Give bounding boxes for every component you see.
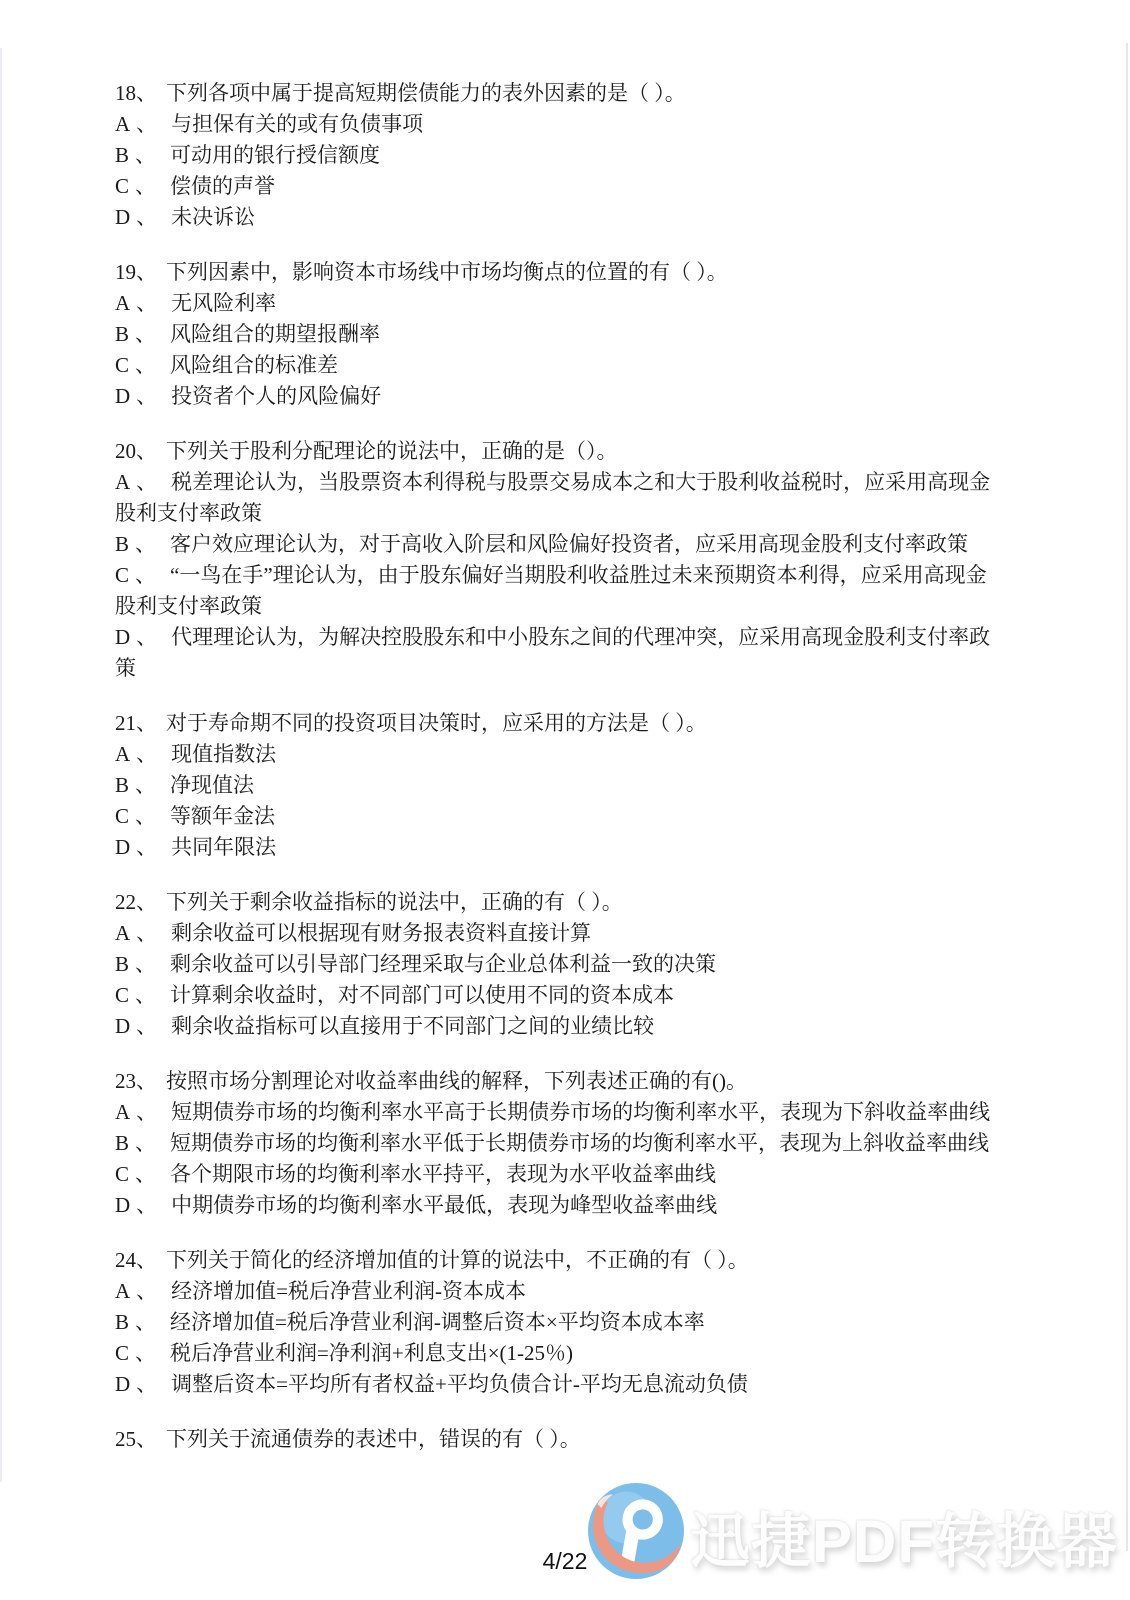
option-label: D、 [115,1014,163,1038]
option-label: B、 [115,532,162,556]
option-label: D、 [115,1372,163,1396]
option-label: C、 [115,1341,162,1365]
option-label: B、 [115,1310,162,1334]
option-label: A、 [115,742,163,766]
option-text: 短期债券市场的均衡利率水平高于长期债券市场的均衡利率水平，表现为下斜收益率曲线 [171,1100,990,1124]
option-label: C、 [115,174,162,198]
option-row: C、税后净营业利润=净利润+利息支出×(1-25％) [115,1338,1007,1369]
option-label: A、 [115,921,163,945]
option-row: A、经济增加值=税后净营业利润-资本成本 [115,1276,1007,1307]
question-list: 18、下列各项中属于提高短期偿债能力的表外因素的是（ ）。 A、与担保有关的或有… [115,78,1007,1479]
question-stem-text: 下列因素中，影响资本市场线中市场均衡点的位置的有（ ）。 [166,260,728,284]
option-text: 偿债的声誉 [170,174,275,198]
option-row: C、“一鸟在手”理论认为，由于股东偏好当期股利收益胜过未来预期资本利得，应采用高… [115,560,1007,622]
option-text: 现值指数法 [171,742,276,766]
option-row: D、代理理论认为，为解决控股股东和中小股东之间的代理冲突，应采用高现金股利支付率… [115,622,1007,684]
page-right-edge-line [1126,43,1128,1551]
option-row: B、剩余收益可以引导部门经理采取与企业总体利益一致的决策 [115,949,1007,980]
question-stem: 23、按照市场分割理论对收益率曲线的解释，下列表述正确的有()。 [115,1066,1007,1097]
option-label: C、 [115,563,162,587]
option-row: D、中期债券市场的均衡利率水平最低，表现为峰型收益率曲线 [115,1190,1007,1221]
option-text: 未决诉讼 [171,205,255,229]
option-text: 可动用的银行授信额度 [170,143,380,167]
option-row: A、与担保有关的或有负债事项 [115,109,1007,140]
option-label: B、 [115,952,162,976]
option-label: B、 [115,322,162,346]
document-page: 18、下列各项中属于提高短期偿债能力的表外因素的是（ ）。 A、与担保有关的或有… [0,0,1130,1600]
option-text: 风险组合的标准差 [170,353,338,377]
question-number: 23、 [115,1069,157,1093]
watermark-text: 迅捷PDF转换器 [690,1494,1118,1580]
question-number: 25、 [115,1427,157,1451]
question-stem-text: 下列关于剩余收益指标的说法中，正确的有（ ）。 [166,890,623,914]
question-stem-text: 下列关于股利分配理论的说法中，正确的是（）。 [166,439,618,463]
question-number: 24、 [115,1248,157,1272]
option-row: D、未决诉讼 [115,202,1007,233]
option-text: 与担保有关的或有负债事项 [171,112,423,136]
option-label: C、 [115,1162,162,1186]
option-row: D、投资者个人的风险偏好 [115,381,1007,412]
question-number: 22、 [115,890,157,914]
option-row: C、各个期限市场的均衡利率水平持平，表现为水平收益率曲线 [115,1159,1007,1190]
option-label: C、 [115,353,162,377]
option-label: A、 [115,1100,163,1124]
option-text: 各个期限市场的均衡利率水平持平，表现为水平收益率曲线 [170,1162,716,1186]
option-row: D、共同年限法 [115,832,1007,863]
option-label: B、 [115,1131,162,1155]
option-row: A、无风险利率 [115,288,1007,319]
option-text: 短期债券市场的均衡利率水平低于长期债券市场的均衡利率水平，表现为上斜收益率曲线 [170,1131,989,1155]
option-row: B、经济增加值=税后净营业利润-调整后资本×平均资本成本率 [115,1307,1007,1338]
option-text: 经济增加值=税后净营业利润-资本成本 [171,1279,526,1303]
question-number: 19、 [115,260,157,284]
question-stem: 25、下列关于流通债券的表述中，错误的有（ ）。 [115,1424,1007,1455]
question-stem: 24、下列关于简化的经济增加值的计算的说法中，不正确的有（ ）。 [115,1245,1007,1276]
option-text: 税差理论认为，当股票资本利得税与股票交易成本之和大于股利收益税时，应采用高现金股… [115,470,990,525]
option-label: C、 [115,983,162,1007]
option-row: C、风险组合的标准差 [115,350,1007,381]
question-stem: 18、下列各项中属于提高短期偿债能力的表外因素的是（ ）。 [115,78,1007,109]
page-left-edge-line [0,48,2,1482]
option-row: D、剩余收益指标可以直接用于不同部门之间的业绩比较 [115,1011,1007,1042]
option-row: C、计算剩余收益时，对不同部门可以使用不同的资本成本 [115,980,1007,1011]
option-row: C、偿债的声誉 [115,171,1007,202]
question-23: 23、按照市场分割理论对收益率曲线的解释，下列表述正确的有()。 A、短期债券市… [115,1066,1007,1221]
option-text: 剩余收益可以根据现有财务报表资料直接计算 [171,921,591,945]
option-label: A、 [115,291,163,315]
question-stem: 19、下列因素中，影响资本市场线中市场均衡点的位置的有（ ）。 [115,257,1007,288]
option-text: 无风险利率 [171,291,276,315]
option-text: 调整后资本=平均所有者权益+平均负债合计-平均无息流动负债 [171,1372,748,1396]
option-label: D、 [115,625,163,649]
question-stem-text: 下列各项中属于提高短期偿债能力的表外因素的是（ ）。 [166,81,686,105]
option-row: B、净现值法 [115,770,1007,801]
option-text: 风险组合的期望报酬率 [170,322,380,346]
option-text: 共同年限法 [171,835,276,859]
question-stem-text: 按照市场分割理论对收益率曲线的解释，下列表述正确的有()。 [166,1069,747,1093]
question-stem-text: 下列关于流通债券的表述中，错误的有（ ）。 [166,1427,581,1451]
option-row: A、剩余收益可以根据现有财务报表资料直接计算 [115,918,1007,949]
question-22: 22、下列关于剩余收益指标的说法中，正确的有（ ）。 A、剩余收益可以根据现有财… [115,887,1007,1042]
option-row: D、调整后资本=平均所有者权益+平均负债合计-平均无息流动负债 [115,1369,1007,1400]
option-text: 经济增加值=税后净营业利润-调整后资本×平均资本成本率 [170,1310,705,1334]
question-21: 21、对于寿命期不同的投资项目决策时，应采用的方法是（ ）。 A、现值指数法 B… [115,708,1007,863]
option-label: D、 [115,835,163,859]
question-18: 18、下列各项中属于提高短期偿债能力的表外因素的是（ ）。 A、与担保有关的或有… [115,78,1007,233]
option-text: 剩余收益可以引导部门经理采取与企业总体利益一致的决策 [170,952,716,976]
question-stem-text: 下列关于简化的经济增加值的计算的说法中，不正确的有（ ）。 [166,1248,749,1272]
option-row: A、短期债券市场的均衡利率水平高于长期债券市场的均衡利率水平，表现为下斜收益率曲… [115,1097,1007,1128]
question-20: 20、下列关于股利分配理论的说法中，正确的是（）。 A、税差理论认为，当股票资本… [115,436,1007,684]
question-stem: 22、下列关于剩余收益指标的说法中，正确的有（ ）。 [115,887,1007,918]
option-label: D、 [115,1193,163,1217]
option-text: 剩余收益指标可以直接用于不同部门之间的业绩比较 [171,1014,654,1038]
option-text: 投资者个人的风险偏好 [171,384,381,408]
option-label: B、 [115,143,162,167]
option-row: C、等额年金法 [115,801,1007,832]
option-label: C、 [115,804,162,828]
option-label: A、 [115,112,163,136]
option-label: D、 [115,205,163,229]
option-text: 中期债券市场的均衡利率水平最低，表现为峰型收益率曲线 [171,1193,717,1217]
option-text: 税后净营业利润=净利润+利息支出×(1-25％) [170,1341,573,1365]
option-label: A、 [115,470,163,494]
option-text: “一鸟在手”理论认为，由于股东偏好当期股利收益胜过未来预期资本利得，应采用高现金… [115,563,987,618]
question-stem: 20、下列关于股利分配理论的说法中，正确的是（）。 [115,436,1007,467]
question-number: 18、 [115,81,157,105]
option-text: 计算剩余收益时，对不同部门可以使用不同的资本成本 [170,983,674,1007]
option-row: B、客户效应理论认为，对于高收入阶层和风险偏好投资者，应采用高现金股利支付率政策 [115,529,1007,560]
option-row: A、税差理论认为，当股票资本利得税与股票交易成本之和大于股利收益税时，应采用高现… [115,467,1007,529]
option-text: 代理理论认为，为解决控股股东和中小股东之间的代理冲突，应采用高现金股利支付率政策 [115,625,990,680]
question-stem: 21、对于寿命期不同的投资项目决策时，应采用的方法是（ ）。 [115,708,1007,739]
question-25: 25、下列关于流通债券的表述中，错误的有（ ）。 [115,1424,1007,1455]
option-row: A、现值指数法 [115,739,1007,770]
question-number: 20、 [115,439,157,463]
option-label: D、 [115,384,163,408]
option-row: B、风险组合的期望报酬率 [115,319,1007,350]
option-text: 净现值法 [170,773,254,797]
question-24: 24、下列关于简化的经济增加值的计算的说法中，不正确的有（ ）。 A、经济增加值… [115,1245,1007,1400]
question-stem-text: 对于寿命期不同的投资项目决策时，应采用的方法是（ ）。 [166,711,707,735]
pdf-converter-logo-icon [588,1483,684,1579]
option-label: B、 [115,773,162,797]
question-number: 21、 [115,711,157,735]
option-row: B、可动用的银行授信额度 [115,140,1007,171]
option-text: 等额年金法 [170,804,275,828]
option-label: A、 [115,1279,163,1303]
question-19: 19、下列因素中，影响资本市场线中市场均衡点的位置的有（ ）。 A、无风险利率 … [115,257,1007,412]
option-row: B、短期债券市场的均衡利率水平低于长期债券市场的均衡利率水平，表现为上斜收益率曲… [115,1128,1007,1159]
option-text: 客户效应理论认为，对于高收入阶层和风险偏好投资者，应采用高现金股利支付率政策 [170,532,968,556]
